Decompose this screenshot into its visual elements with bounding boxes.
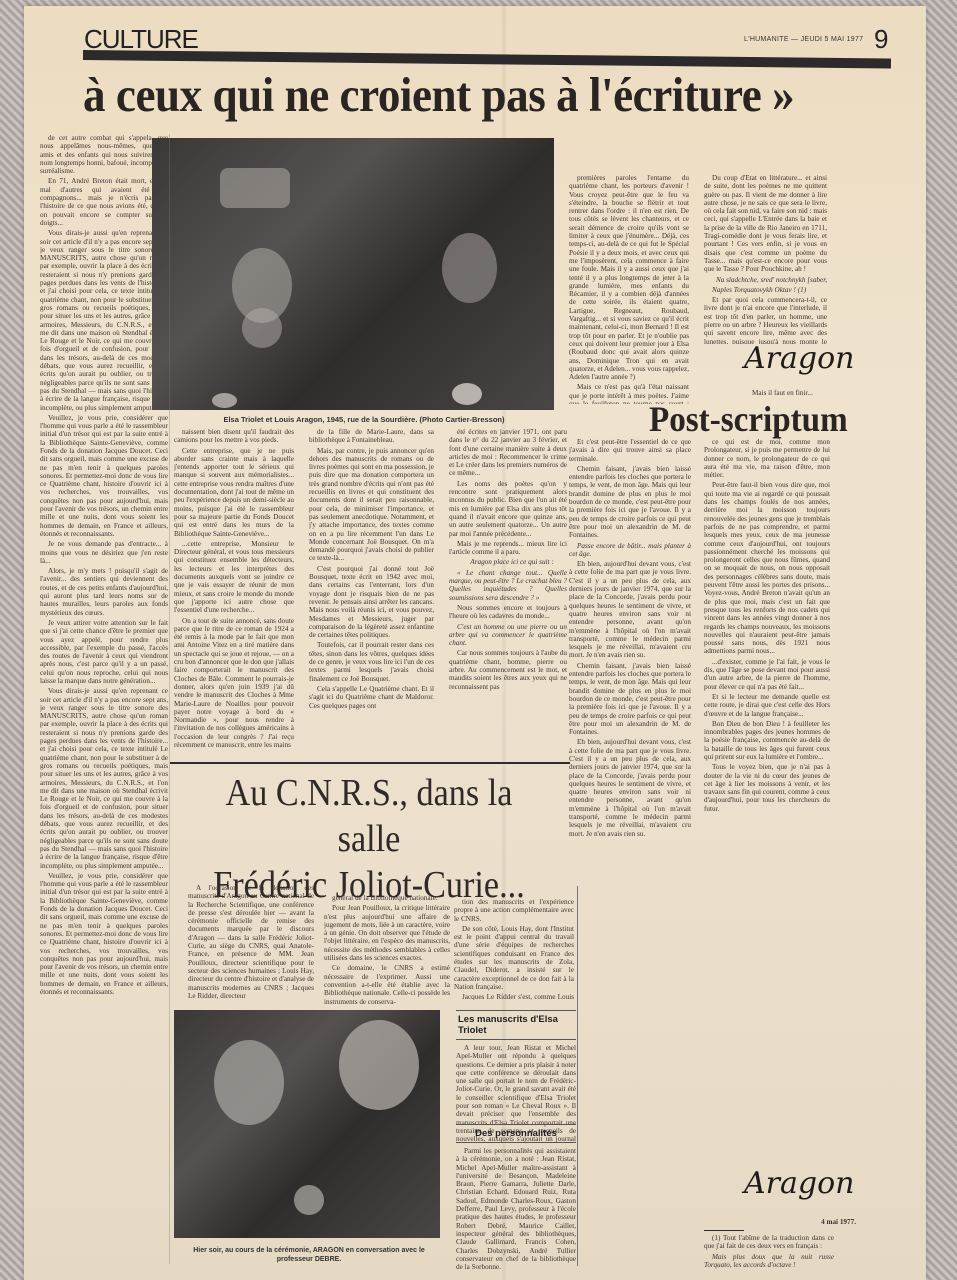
paragraph: Vous dirais-je aussi qu'en reprenant ce …: [40, 687, 168, 870]
paragraph: Veuillez, je vous prie, considérer que l…: [40, 414, 168, 538]
footnote-rule: [704, 1230, 744, 1231]
box-personalities: Des personnalités Parmi les personnalité…: [456, 1124, 576, 1277]
signature-aragon-2: Aragon: [744, 1166, 854, 1201]
main-article-col-6: Du coup d'Etat en littérature... et ains…: [704, 174, 827, 344]
column-rule: [169, 134, 170, 1264]
paragraph: A l'occasion de la donation des manuscri…: [188, 884, 314, 1000]
paragraph: ...d'exister, comme je l'ai fait, je vou…: [704, 658, 830, 691]
paragraph: Eh bien, aujourd'hui devant vous, c'est …: [569, 738, 691, 838]
paragraph: de la fille de Marie-Laure, dans sa bibl…: [309, 428, 434, 445]
photo-triolet-aragon: [152, 138, 554, 410]
paragraph: Veuillez, je vous prie, considérer que l…: [40, 872, 168, 996]
postscript-col-2: ce qui est de moi, comme mon Prolongateu…: [704, 438, 830, 1078]
paragraph: Cette entreprise, que je ne puis aborder…: [174, 447, 294, 538]
paragraph: Et par quoi cela commencera-t-il, ce liv…: [704, 296, 827, 344]
footnote-text: (1) Tout l'abîme de la traduction dans c…: [704, 1234, 834, 1251]
paragraph: Alors, je m'y mets ! puisqu'il s'agit de…: [40, 567, 168, 617]
dateline: L'HUMANITE — JEUDI 5 MAI 1977: [744, 36, 863, 43]
paragraph: Aragon place ici ce qui suit :: [449, 558, 567, 566]
paragraph: Du coup d'Etat en littérature... et ains…: [704, 174, 827, 274]
paragraph: naissent bien disent qu'il faudrait des …: [174, 428, 294, 445]
paragraph: Les noms des poètes qu'on y rencontre so…: [449, 480, 567, 538]
paragraph: « Le chant change tout... Quelle marque,…: [449, 569, 567, 602]
paragraph: ...cette entreprise, Monsieur le Directe…: [174, 540, 294, 615]
paragraph: Cela s'appelle Le Quatrième chant. Et il…: [309, 685, 434, 710]
signature-aragon: Aragon: [744, 341, 854, 376]
footnote-verse: Mais plus doux que la nuit russe Torquat…: [704, 1253, 834, 1270]
paragraph: Car nous sommes toujours à l'aube du qua…: [449, 649, 567, 690]
paragraph: tion des manuscrits et l'expérience prop…: [454, 898, 574, 923]
paragraph: Chemin faisant, j'avais bien laissé ente…: [569, 465, 691, 540]
photo-aragon-debre: [174, 1010, 440, 1238]
paragraph: En 71, André Breton était mort, et pas m…: [40, 177, 168, 227]
paragraph: Mais, par contre, je puis annoncer qu'en…: [309, 447, 434, 563]
paragraph: Je ne vous demande pas d'entracte... à m…: [40, 540, 168, 565]
paragraph: Eh bien, aujourd'hui devant vous, c'est …: [569, 560, 691, 660]
box-body: Parmi les personnalités qui assistaient …: [456, 1147, 576, 1277]
main-article-col-3: de la fille de Marie-Laure, dans sa bibl…: [309, 428, 434, 766]
paragraph: On a tout de suite annoncé, sans doute p…: [174, 617, 294, 750]
paragraph: ce qui est de moi, comme mon Prolongateu…: [704, 438, 830, 479]
main-article-col-1: de cet autre combat qui s'appela, que no…: [40, 134, 168, 1264]
main-article-col-5: premières paroles l'entame du quatrième …: [569, 174, 689, 404]
paragraph: Je veux attirer votre attention sur le f…: [40, 619, 168, 685]
paragraph: Nous sommes encore et toujours à l'heure…: [449, 604, 567, 621]
main-headline: à ceux qui ne croient pas à l'écriture »: [83, 66, 794, 123]
paragraph: Vous dirais-je aussi qu'en reprenant ce …: [40, 229, 168, 412]
paragraph: Peut-être faut-il bien vous dire que, mo…: [704, 481, 830, 655]
newspaper-page: CULTURE L'HUMANITE — JEUDI 5 MAI 1977 9 …: [24, 6, 926, 1280]
paragraph: Chemin faisant, j'avais bien laissé ente…: [569, 662, 691, 737]
paragraph: Passe encore de bâtir... mais planter à …: [569, 542, 691, 559]
paragraph: C'est un homme ou une pierre ou un arbre…: [449, 623, 567, 648]
paragraph: Et si le lecteur me demande quelle est c…: [704, 693, 830, 718]
main-article-col-4: été écrites en janvier 1971, ont paru da…: [449, 428, 567, 766]
caption-line-2: professeur DEBRE.: [174, 1255, 444, 1264]
postscript-title: Post-scriptum: [649, 398, 848, 440]
verse-line: Naples Torquatovykh Oktav ! (1): [704, 286, 827, 294]
photo-caption: Elsa Triolet et Louis Aragon, 1945, rue …: [174, 415, 554, 424]
paragraph: Et c'est peut-être l'essentiel de ce que…: [569, 438, 691, 463]
box-elsa-triolet-manuscripts: Les manuscrits d'Elsa Triolet A leur tou…: [456, 1010, 576, 1142]
paragraph: Parmi les personnalités qui assistaient …: [456, 1147, 576, 1271]
paragraph: Toutefois, car il pourrait rester dans c…: [309, 641, 434, 682]
cnrs-col-1: A l'occasion de la donation des manuscri…: [188, 884, 314, 1004]
paragraph: général de la Bibliothèque nationale.: [324, 894, 450, 902]
sign-off-text: Mais il faut en finir...: [752, 389, 852, 397]
page-number: 9: [874, 24, 888, 55]
paragraph: de cet autre combat qui s'appela, que no…: [40, 134, 168, 175]
paragraph: Ce domaine, le CNRS a estimé nécessaire …: [324, 964, 450, 1004]
paragraph: Tous le voyez bien, que je n'ai pas à do…: [704, 763, 830, 813]
section-rule: [170, 762, 570, 764]
caption-line-1: Hier soir, au cours de la cérémonie, ARA…: [174, 1246, 444, 1255]
box-heading: Des personnalités: [456, 1124, 576, 1143]
paragraph: Bon Dieu de bon Dieu ! à feuilleter les …: [704, 720, 830, 761]
column-rule: [577, 886, 578, 1266]
title-line-1: Au C.N.R.S., dans la salle: [194, 770, 545, 862]
paragraph: été écrites en janvier 1971, ont paru da…: [449, 428, 567, 478]
cnrs-col-2: général de la Bibliothèque nationale. Po…: [324, 894, 450, 1004]
paragraph: C'est pourquoi j'ai donné tout Joë Bousq…: [309, 565, 434, 640]
cnrs-col-3: tion des manuscrits et l'expérience prop…: [454, 898, 574, 1000]
paragraph: premières paroles l'entame du quatrième …: [569, 174, 689, 381]
paragraph: Mais je me reprends... mieux lire ici l'…: [449, 540, 567, 557]
paragraph: Jacques Le Ridder s'est, comme Louis Hay…: [454, 993, 574, 1000]
footnote: (1) Tout l'abîme de la traduction dans c…: [704, 1234, 834, 1271]
main-article-col-2: naissent bien disent qu'il faudrait des …: [174, 428, 294, 766]
paragraph: De son côté, Louis Hay, dont l'Institut …: [454, 925, 574, 991]
box-heading: Les manuscrits d'Elsa Triolet: [456, 1010, 576, 1040]
verse-line: Na sladchtche, sred' notchnykh [saber,: [704, 276, 827, 284]
photo-caption-2: Hier soir, au cours de la cérémonie, ARA…: [174, 1246, 444, 1264]
postscript-col-1: Et c'est peut-être l'essentiel de ce que…: [569, 438, 691, 1184]
postscript-date: 4 mai 1977.: [796, 1218, 856, 1226]
paragraph: Pour Jean Pouilloux, la critique littéra…: [324, 904, 450, 962]
